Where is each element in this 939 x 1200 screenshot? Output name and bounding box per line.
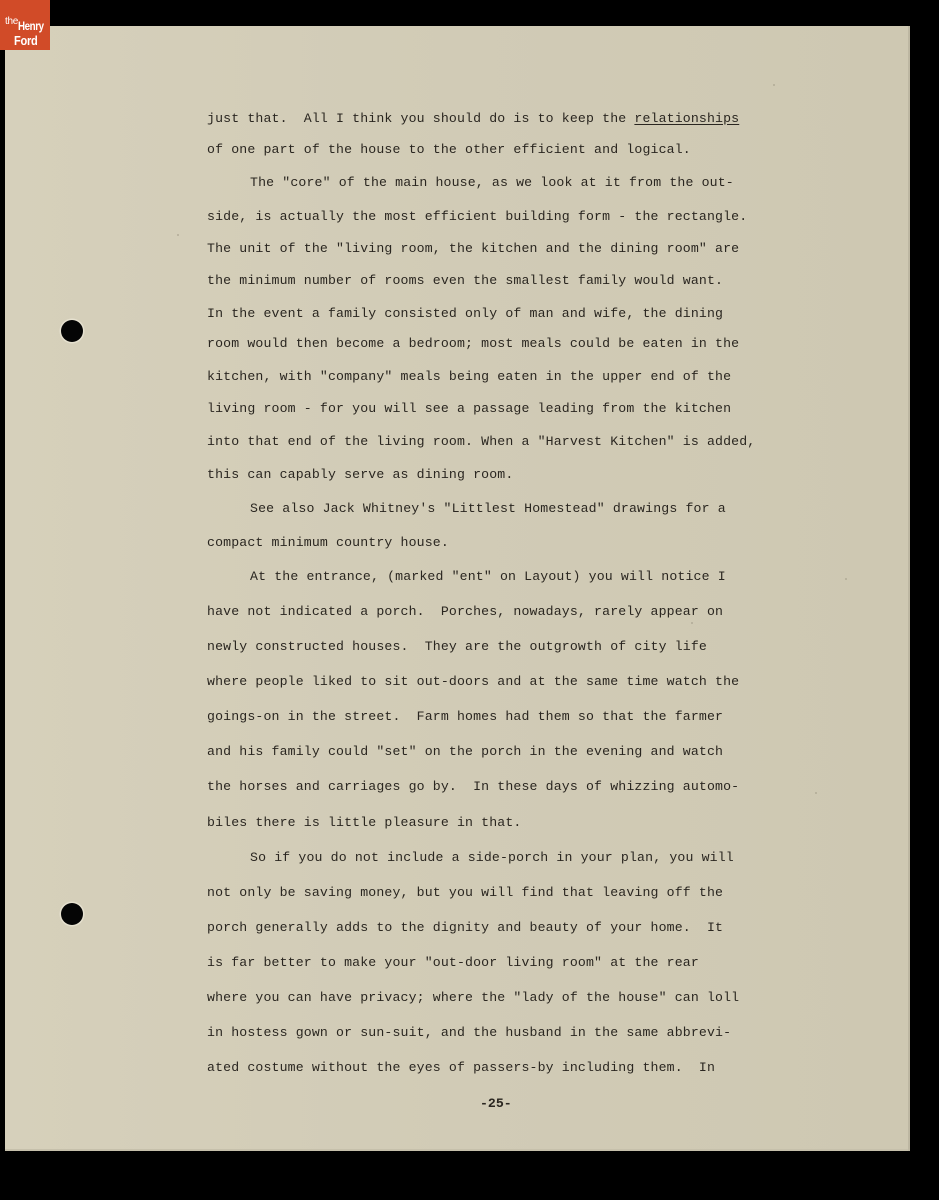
text-line: not only be saving money, but you will f…: [207, 884, 723, 902]
punch-hole: [61, 903, 83, 925]
underlined-word: relationships: [634, 111, 739, 126]
paper-speck: [773, 84, 775, 86]
text-line: where you can have privacy; where the "l…: [207, 989, 739, 1007]
text-line: into that end of the living room. When a…: [207, 433, 755, 451]
text-line: goings-on in the street. Farm homes had …: [207, 708, 723, 726]
document-page: [5, 26, 910, 1151]
text-line: where people liked to sit out-doors and …: [207, 673, 739, 691]
text-line: porch generally adds to the dignity and …: [207, 919, 723, 937]
text-line: In the event a family consisted only of …: [207, 305, 723, 323]
text-line: The unit of the "living room, the kitche…: [207, 240, 739, 258]
paragraph-first-line: See also Jack Whitney's "Littlest Homest…: [250, 500, 726, 518]
henry-ford-logo: the Henry Ford: [0, 0, 50, 50]
text-line: living room - for you will see a passage…: [207, 400, 731, 418]
text-line: ated costume without the eyes of passers…: [207, 1059, 715, 1077]
text-line: the minimum number of rooms even the sma…: [207, 272, 723, 290]
logo-text-the: the: [5, 17, 18, 27]
logo-text-henry: Henry: [18, 22, 44, 34]
page-number: -25-: [480, 1096, 512, 1111]
text-line-content: just that. All I think you should do is …: [207, 111, 634, 126]
text-line: this can capably serve as dining room.: [207, 466, 513, 484]
paper-speck: [691, 622, 693, 624]
text-line: just that. All I think you should do is …: [207, 110, 739, 128]
text-line: room would then become a bedroom; most m…: [207, 335, 739, 353]
text-line: side, is actually the most efficient bui…: [207, 208, 747, 226]
paragraph-first-line: At the entrance, (marked "ent" on Layout…: [250, 568, 726, 586]
text-line: compact minimum country house.: [207, 534, 449, 552]
text-line: is far better to make your "out-door liv…: [207, 954, 699, 972]
text-line: have not indicated a porch. Porches, now…: [207, 603, 723, 621]
text-line: the horses and carriages go by. In these…: [207, 778, 739, 796]
text-line: of one part of the house to the other ef…: [207, 141, 691, 159]
text-line: newly constructed houses. They are the o…: [207, 638, 707, 656]
paragraph-first-line: The "core" of the main house, as we look…: [250, 174, 734, 192]
paper-speck: [845, 578, 847, 580]
paper-speck: [177, 234, 179, 236]
text-line: biles there is little pleasure in that.: [207, 814, 522, 832]
paper-speck: [815, 792, 817, 794]
paragraph-first-line: So if you do not include a side-porch in…: [250, 849, 734, 867]
text-line: kitchen, with "company" meals being eate…: [207, 368, 731, 386]
logo-text-ford: Ford: [14, 34, 38, 47]
punch-hole: [61, 320, 83, 342]
text-line: and his family could "set" on the porch …: [207, 743, 723, 761]
text-line: in hostess gown or sun-suit, and the hus…: [207, 1024, 731, 1042]
